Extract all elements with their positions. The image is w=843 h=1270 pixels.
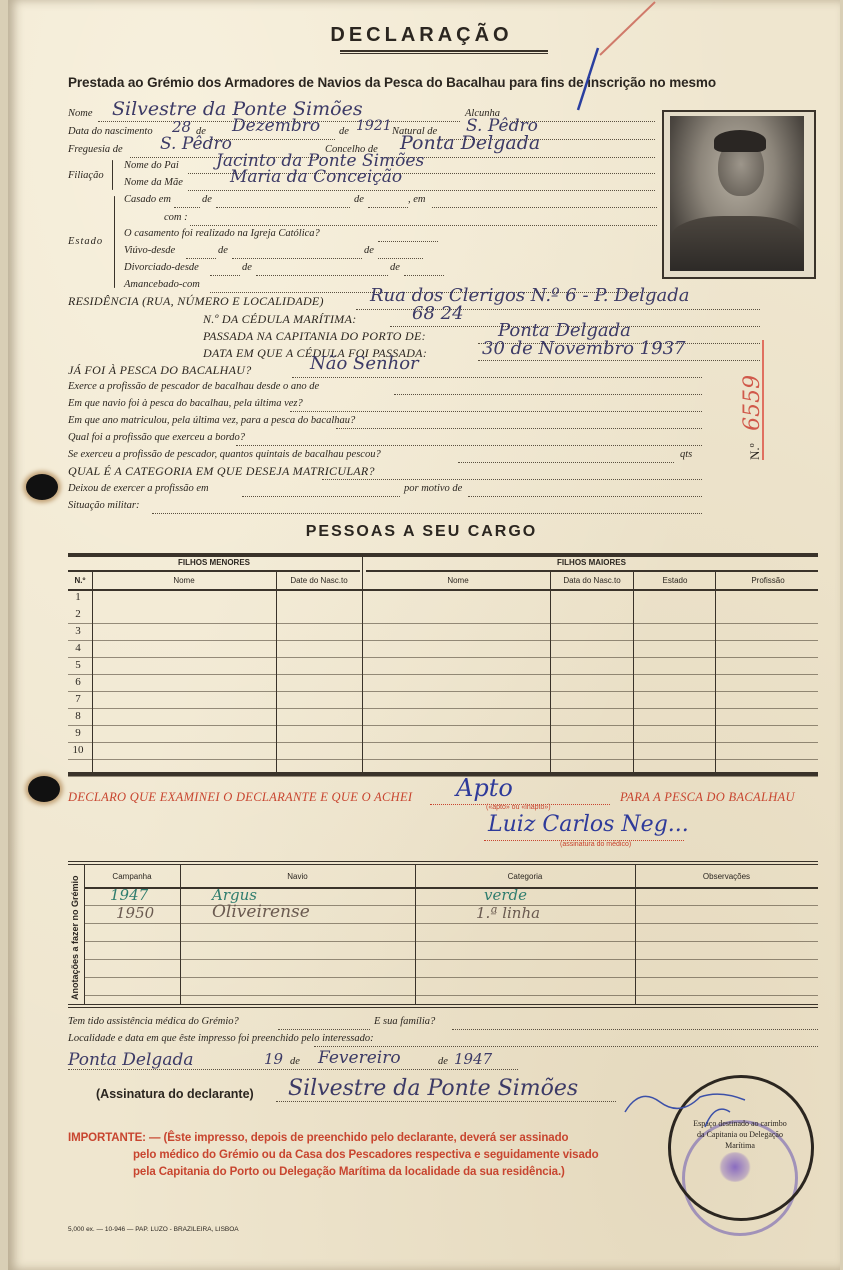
freguesia-label: Freguesia de <box>68 144 123 155</box>
declarante-signature[interactable]: Silvestre da Ponte Simões <box>288 1076 578 1101</box>
title-underline <box>340 50 548 54</box>
com-label: com : <box>164 212 188 223</box>
de-label: de <box>290 1056 300 1067</box>
mes-field[interactable]: Fevereiro <box>318 1048 401 1068</box>
q1-label: Exerce a profissão de pescador de bacalh… <box>68 381 319 392</box>
pai-label: Nome do Pai <box>124 160 179 171</box>
q3-label: Em que ano matriculou, pela última vez, … <box>68 415 355 426</box>
amancebado-label: Amancebado-com <box>124 279 200 290</box>
q4-label: Qual foi a profissão que exerceu a bordo… <box>68 432 245 443</box>
col-numero: N.º <box>68 576 92 585</box>
annotations-side-label: Anotações a fazer no Grémio <box>70 875 80 1000</box>
de-label: de <box>364 245 374 256</box>
de-label: de <box>202 194 212 205</box>
q2-label: Em que navio foi à pesca do bacalhau, pe… <box>68 398 303 409</box>
localidade-field[interactable]: Ponta Delgada <box>68 1050 193 1070</box>
filhos-menores-title: FILHOS MENORES <box>68 558 360 567</box>
nascimento-ano-field[interactable]: 1921 <box>356 118 392 134</box>
annotation-campanha[interactable]: 1950 <box>116 904 154 922</box>
q7b-label: por motivo de <box>404 483 462 494</box>
divorciado-label: Divorciado-desde <box>124 262 199 273</box>
filiacao-label: Filiação <box>68 170 104 181</box>
col-nome-menores: Nome <box>94 576 274 585</box>
col-profissao: Profissão <box>718 576 818 585</box>
ja-foi-field[interactable]: Não Senhor <box>310 353 419 374</box>
col-estado: Estado <box>636 576 714 585</box>
col-categoria: Categoria <box>415 872 635 881</box>
punch-hole <box>28 776 60 802</box>
portrait-photo <box>662 110 816 279</box>
mae-field[interactable]: Maria da Conceição <box>230 167 402 187</box>
familia-label: E sua família? <box>374 1016 435 1027</box>
nascimento-mes-field[interactable]: Dezembro <box>232 116 320 136</box>
viuvo-label: Viúvo-desde <box>124 245 175 256</box>
de-label: de <box>390 262 400 273</box>
capitania-label: PASSADA NA CAPITANIA DO PORTO DE: <box>203 329 426 344</box>
q8-label: Situação militar: <box>68 500 139 511</box>
col-navio: Navio <box>180 872 415 881</box>
medical-result-field[interactable]: Apto <box>456 774 513 802</box>
col-nasc-maiores: Data do Nasc.to <box>552 576 632 585</box>
q5-label: Se exerceu a profissão de pescador, quan… <box>68 449 381 460</box>
important-note-line-1: IMPORTANTE: — (Êste impresso, depois de … <box>68 1130 568 1146</box>
casado-label: Casado em <box>124 194 171 205</box>
de-label: de <box>242 262 252 273</box>
cedula-field[interactable]: 68 24 <box>412 303 464 324</box>
col-observacoes: Observações <box>635 872 818 881</box>
de-label: de <box>339 126 349 137</box>
annotation-campanha[interactable]: 1947 <box>110 886 148 904</box>
estado-label: Estado <box>68 236 103 247</box>
em-label: , em <box>408 194 426 205</box>
important-note-line-2: pelo médico do Grémio ou da Casa dos Pes… <box>133 1147 599 1163</box>
dependents-dotted-lines <box>68 607 818 777</box>
localidade-label: Localidade e data em que êste impresso f… <box>68 1033 374 1044</box>
important-note-line-3: pela Capitania do Porto ou Delegação Mar… <box>133 1164 565 1180</box>
filhos-maiores-title: FILHOS MAIORES <box>365 558 818 567</box>
col-nome-maiores: Nome <box>366 576 550 585</box>
punch-hole <box>26 474 58 500</box>
de-label: de <box>438 1056 448 1067</box>
document-title: DECLARAÇÃO <box>0 24 843 47</box>
igreja-label: O casamento foi realizado na Igreja Cató… <box>124 228 320 239</box>
data-cedula-field[interactable]: 30 de Novembro 1937 <box>482 338 686 359</box>
qts-label: qts <box>680 449 692 460</box>
medico-signature[interactable]: Luiz Carlos Neg... <box>488 812 689 837</box>
pen-check-mark-icon <box>560 0 660 115</box>
nome-label: Nome <box>68 108 93 119</box>
apto-hint: («apto» ou «inapto») <box>486 804 551 811</box>
ja-foi-label: JÁ FOI À PESCA DO BACALHAU? <box>68 363 252 378</box>
annotation-categoria[interactable]: verde <box>484 886 527 904</box>
red-pen-mark <box>762 340 764 460</box>
nascimento-label: Data do nascimento <box>68 126 153 137</box>
ano-field[interactable]: 1947 <box>454 1050 492 1068</box>
mae-label: Nome da Mãe <box>124 177 183 188</box>
cedula-label: N.º DA CÉDULA MARÍTIMA: <box>203 312 357 327</box>
printer-imprint: 5,000 ex. — 10-946 — PAP. LUZO - BRAZILE… <box>68 1226 239 1233</box>
para-label: PARA A PESCA DO BACALHAU <box>620 790 795 805</box>
annotation-navio[interactable]: Oliveirense <box>212 902 310 922</box>
de-label: de <box>218 245 228 256</box>
annotations-dotted-lines <box>84 888 818 998</box>
annotation-categoria[interactable]: 1.ª linha <box>476 904 540 922</box>
de-label: de <box>354 194 364 205</box>
declaro-label: DECLARO QUE EXAMINEI O DECLARANTE E QUE … <box>68 790 412 805</box>
col-nasc-menores: Date do Nasc.to <box>278 576 360 585</box>
dia-field[interactable]: 19 <box>264 1050 283 1068</box>
q6-label: QUAL É A CATEGORIA EM QUE DESEJA MATRICU… <box>68 464 375 479</box>
assinatura-label: (Assinatura do declarante) <box>96 1087 254 1101</box>
official-signature-icon <box>620 1082 760 1132</box>
residencia-label: RESIDÊNCIA (RUA, NÚMERO E LOCALIDADE) <box>68 294 324 309</box>
col-campanha: Campanha <box>84 872 180 881</box>
assistencia-label: Tem tido assistência médica do Grémio? <box>68 1016 239 1027</box>
dependents-title: PESSOAS A SEU CARGO <box>0 523 843 541</box>
q7a-label: Deixou de exercer a profissão em <box>68 483 209 494</box>
medico-signature-hint: (assinatura do médico) <box>560 841 631 848</box>
